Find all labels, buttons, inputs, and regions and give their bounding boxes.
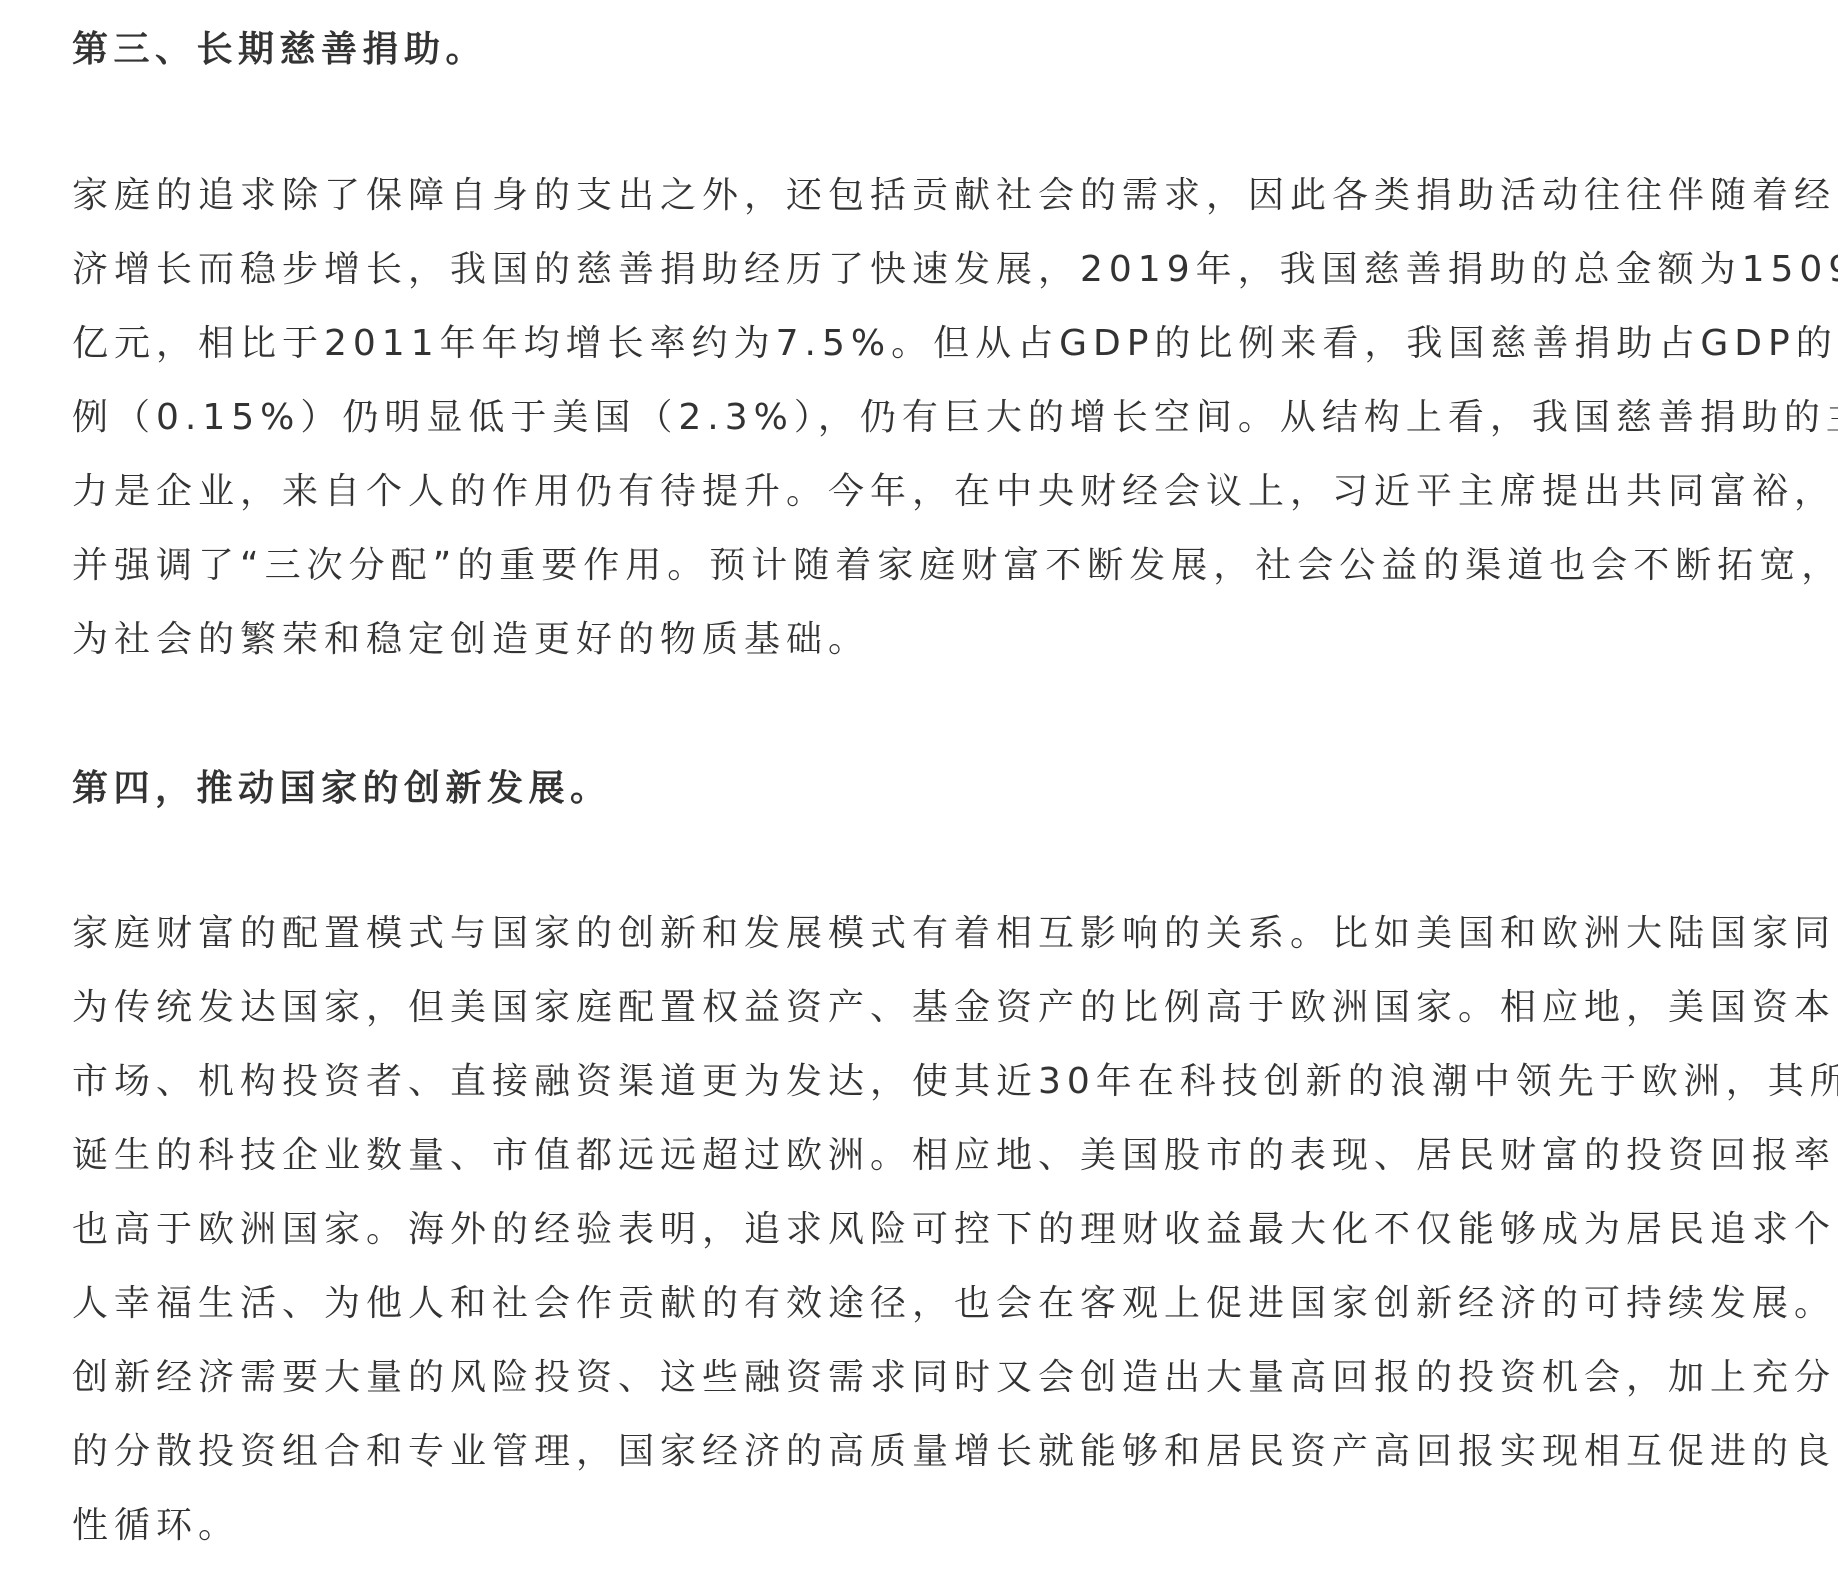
paragraph-line: 为社会的繁荣和稳定创造更好的物质基础。 — [72, 603, 1812, 677]
section-3-heading: 第三、长期慈善捐助。 — [72, 13, 1812, 87]
paragraph-line: 性循环。 — [72, 1489, 1812, 1563]
paragraph-line: 诞生的科技企业数量、市值都远远超过欧洲。相应地、美国股市的表现、居民财富的投资回… — [72, 1119, 1812, 1193]
paragraph-line: 例（0.15%）仍明显低于美国（2.3%），仍有巨大的增长空间。从结构上看，我国… — [72, 381, 1812, 455]
paragraph-line: 济增长而稳步增长，我国的慈善捐助经历了快速发展，2019年，我国慈善捐助的总金额… — [72, 233, 1812, 307]
heading-text: 第四，推动国家的创新发展。 — [72, 752, 1812, 826]
paragraph-line: 家庭的追求除了保障自身的支出之外，还包括贡献社会的需求，因此各类捐助活动往往伴随… — [72, 159, 1812, 233]
heading-text: 第三、长期慈善捐助。 — [72, 13, 1812, 87]
paragraph-line: 为传统发达国家，但美国家庭配置权益资产、基金资产的比例高于欧洲国家。相应地，美国… — [72, 971, 1812, 1045]
paragraph-line: 也高于欧洲国家。海外的经验表明，追求风险可控下的理财收益最大化不仅能够成为居民追… — [72, 1193, 1812, 1267]
section-4-heading: 第四，推动国家的创新发展。 — [72, 752, 1812, 826]
paragraph-line: 力是企业，来自个人的作用仍有待提升。今年，在中央财经会议上，习近平主席提出共同富… — [72, 455, 1812, 529]
paragraph-line: 的分散投资组合和专业管理，国家经济的高质量增长就能够和居民资产高回报实现相互促进… — [72, 1415, 1812, 1489]
paragraph-line: 亿元，相比于2011年年均增长率约为7.5%。但从占GDP的比例来看，我国慈善捐… — [72, 307, 1812, 381]
section-3-paragraph: 家庭的追求除了保障自身的支出之外，还包括贡献社会的需求，因此各类捐助活动往往伴随… — [72, 159, 1812, 677]
section-4-paragraph: 家庭财富的配置模式与国家的创新和发展模式有着相互影响的关系。比如美国和欧洲大陆国… — [72, 897, 1812, 1563]
paragraph-line: 创新经济需要大量的风险投资、这些融资需求同时又会创造出大量高回报的投资机会，加上… — [72, 1341, 1812, 1415]
paragraph-line: 人幸福生活、为他人和社会作贡献的有效途径，也会在客观上促进国家创新经济的可持续发… — [72, 1267, 1812, 1341]
paragraph-line: 家庭财富的配置模式与国家的创新和发展模式有着相互影响的关系。比如美国和欧洲大陆国… — [72, 897, 1812, 971]
paragraph-line: 市场、机构投资者、直接融资渠道更为发达，使其近30年在科技创新的浪潮中领先于欧洲… — [72, 1045, 1812, 1119]
paragraph-line: 并强调了“三次分配”的重要作用。预计随着家庭财富不断发展，社会公益的渠道也会不断… — [72, 529, 1812, 603]
